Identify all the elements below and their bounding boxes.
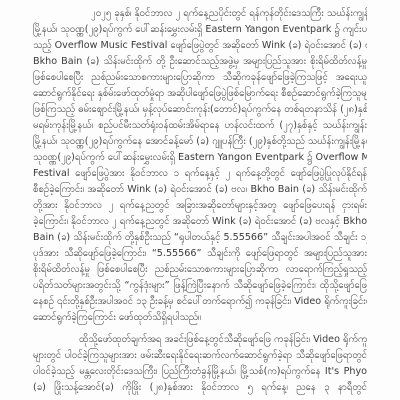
text-line: ၂၀၂၅ ခုနှစ်၊ နိုဝင်ဘာလ ၂ ရက်နေ့ညပိုင်းတွ… xyxy=(33,6,367,22)
text-line: ထိုသို့ဖော်ထုတ်ချက်အရ အခင်းဖြစ်နေ့တွင်သီ… xyxy=(33,332,367,348)
text-line: (ခ) ဖြိုးသန့်အောင်(ခ) ကိုဖြိုး (၂၈)နှစ်အ… xyxy=(33,380,367,396)
document-page: ၂၀၂၅ ခုနှစ်၊ နိုဝင်ဘာလ ၂ ရက်နေ့ညပိုင်းတွ… xyxy=(0,0,400,400)
text-line: တို့အား နိုဝင်ဘာလ ၂ ရက်နေ့ညတွင် အခြားအဆိ… xyxy=(33,198,367,214)
text-line: ပရိတ်သတ်များအတွင်းသို့ “ကွန်ဒုံးများ” ဖြ… xyxy=(33,278,367,294)
text-line: မြို့နယ်၊ သုဝဏ္ဏ(၂၉)ရပ်ကွက်နေ အောင်ခန့်မ… xyxy=(33,134,367,150)
text-line: ဆောင်ရွက်နိုင်ရေး နှစ်မ်းဖော်ထုတ်မှုံရာ … xyxy=(33,86,367,102)
text-line: သည့် Overflow Music Festival ဖျော်ဖြေပွဲ… xyxy=(33,38,367,54)
text-line: နေစဉ် ၎င်းတို့နှစ်ဦးအပါအဝင် ၁၃ ဦးခန့်မှ … xyxy=(33,294,367,310)
text-line: ပုဒ်အား သီဆိုဖျော်ဖြေခဲ့ကြောင်း၊ “5.5556… xyxy=(33,246,367,262)
text-line: စီစဉ်ခဲ့ကြောင်း၊ အဆိုတော် Wink (ခ) ရဲဝင်… xyxy=(33,182,367,198)
text-line: ဆောင်ရွက်ခဲ့ကြကြောင်း ဖော်ထုတ်သိရှိရပါသည… xyxy=(33,310,367,326)
text-line: ပါဝင်ခဲ့သည့် မန္တလေးတိုင်းဒေသကြီး၊ ပြည်က… xyxy=(33,364,367,380)
text-line: Bkho Bain (ခ) သိန်းမင်းထိုက် တို့ ဦးဆောင… xyxy=(33,54,367,70)
text-line: စိုးရိမ်ထိတ်လန့်မှု ဖြစ်စေပါစေပြီး ညစ်ညမ… xyxy=(33,262,367,278)
text-line: မရမ်းကုန်းမြို့နယ်၊ စည်ပင်မီးသတ်ရုံးဝန်ထ… xyxy=(33,118,367,134)
text-line: သုဝဏ္ဏ(၂၉)ရပ်ကွက် ပေါ်ဆန်းမွှေးလမ်းရှိ E… xyxy=(33,150,367,166)
text-line: ဖြစ်ကြသည့် ဓမ်းဈောင်းမြို့နယ်၊ မှန့်လုပ်… xyxy=(33,102,367,118)
text-line: Bain (ခ) သိန်းမင်းထိုက် တို့နှစ်ဦးသည် “ရ… xyxy=(33,230,367,246)
paragraph-2: ထိုသို့ဖော်ထုတ်ချက်အရ အခင်းဖြစ်နေ့တွင်သီ… xyxy=(33,332,367,396)
text-line: ခဲ့ကြောင်း၊ နိုဝင်ဘာလ ၂ ရက်နေ့ညတွင် အဆို… xyxy=(33,214,367,230)
text-line: ဖြစ်စေပါစေပြီး ညစ်ညမ်းသောစကားများပြောဆို… xyxy=(33,70,367,86)
paragraph-1: ၂၀၂၅ ခုနှစ်၊ နိုဝင်ဘာလ ၂ ရက်နေ့ညပိုင်းတွ… xyxy=(33,6,367,326)
text-line: Festival ဖျော်ဖြေပွဲအား နိုဝင်ဘာလ ၁ ရက်န… xyxy=(33,166,367,182)
text-line: မြို့နယ်၊ သုဝဏ္ဏ(၂၉)ရပ်ကွက် ပေါ်ဆန်းမွှေ… xyxy=(33,22,367,38)
text-line: များတွင် ပါဝင်ခဲ့ကြသူများအား ဖမ်းဆီးရေးန… xyxy=(33,348,367,364)
